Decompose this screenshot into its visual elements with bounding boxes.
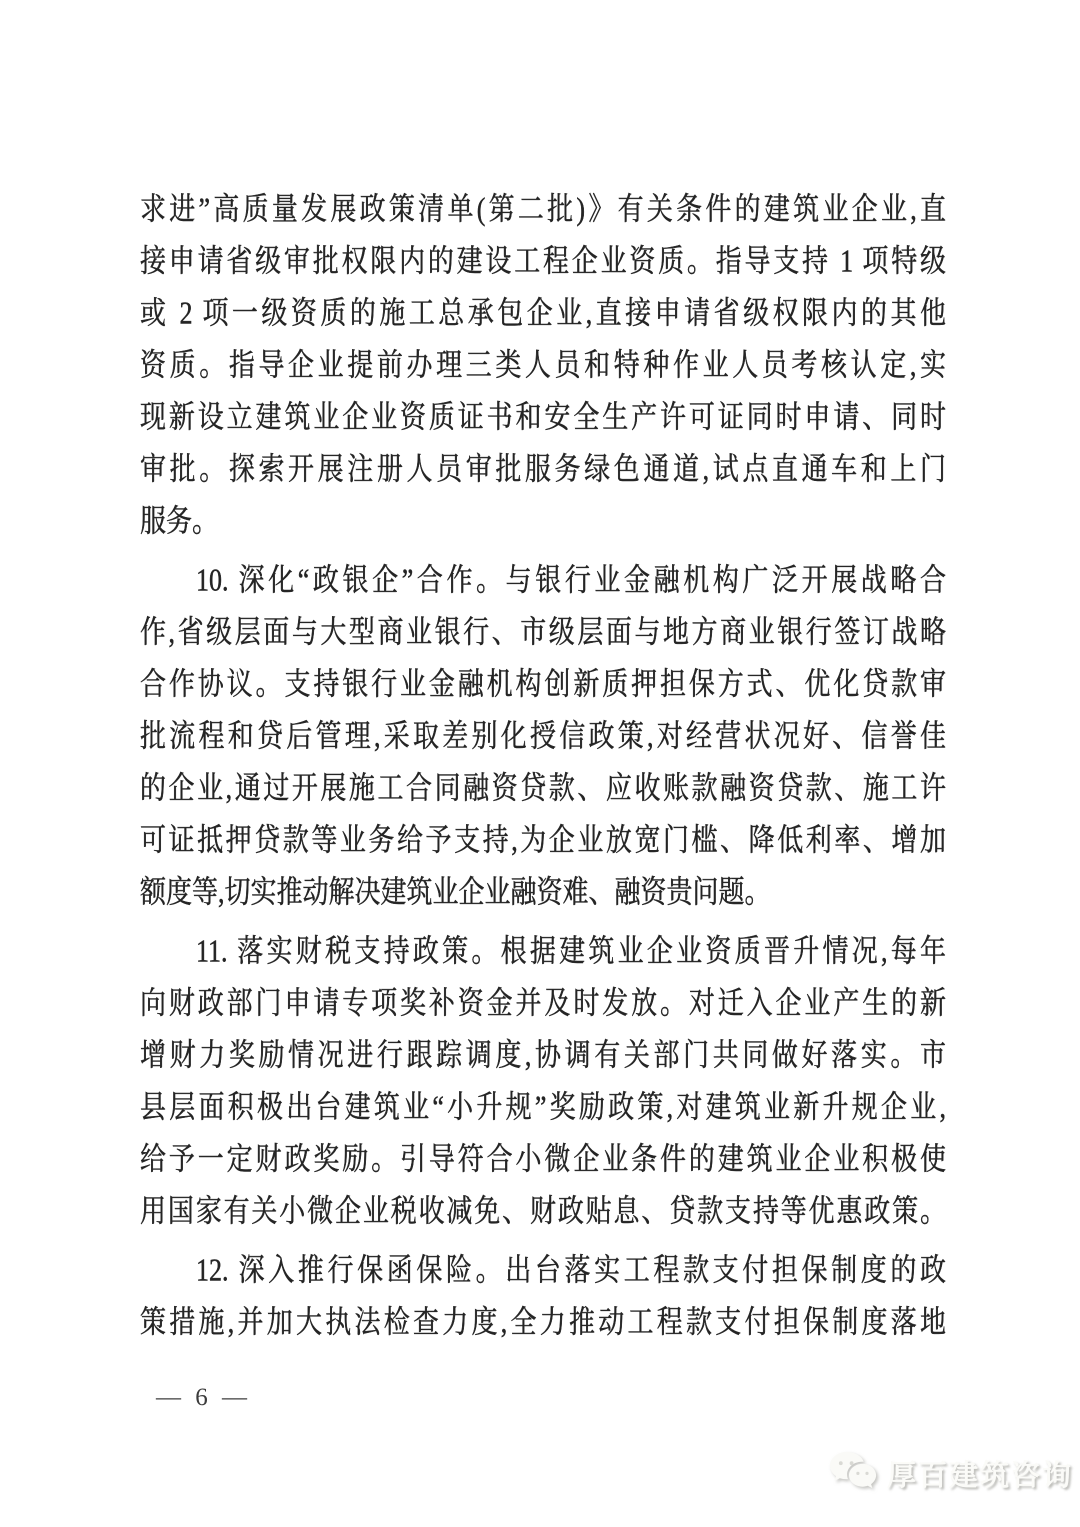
watermark: 厚百建筑咨询 [828, 1450, 1073, 1496]
text-line: 策措施,并加大执法检查力度,全力推动工程款支付担保制度落地 [140, 1292, 946, 1354]
page-number: — 6 — [156, 1384, 251, 1412]
document-page: 求进”高质量发展政策清单(第二批)》有关条件的建筑业企业,直接申请省级审批权限内… [0, 0, 1080, 1527]
text-line: 额度等,切实推动解决建筑业企业融资难、融资贵问题。 [140, 862, 946, 924]
wechat-icon [828, 1450, 878, 1496]
watermark-label: 厚百建筑咨询 [887, 1453, 1073, 1494]
text-line: 服务。 [140, 491, 946, 553]
text-line: 用国家有关小微企业税收减免、财政贴息、贷款支持等优惠政策。 [140, 1181, 946, 1243]
document-body: 求进”高质量发展政策清单(第二批)》有关条件的建筑业企业,直接申请省级审批权限内… [140, 184, 946, 1349]
